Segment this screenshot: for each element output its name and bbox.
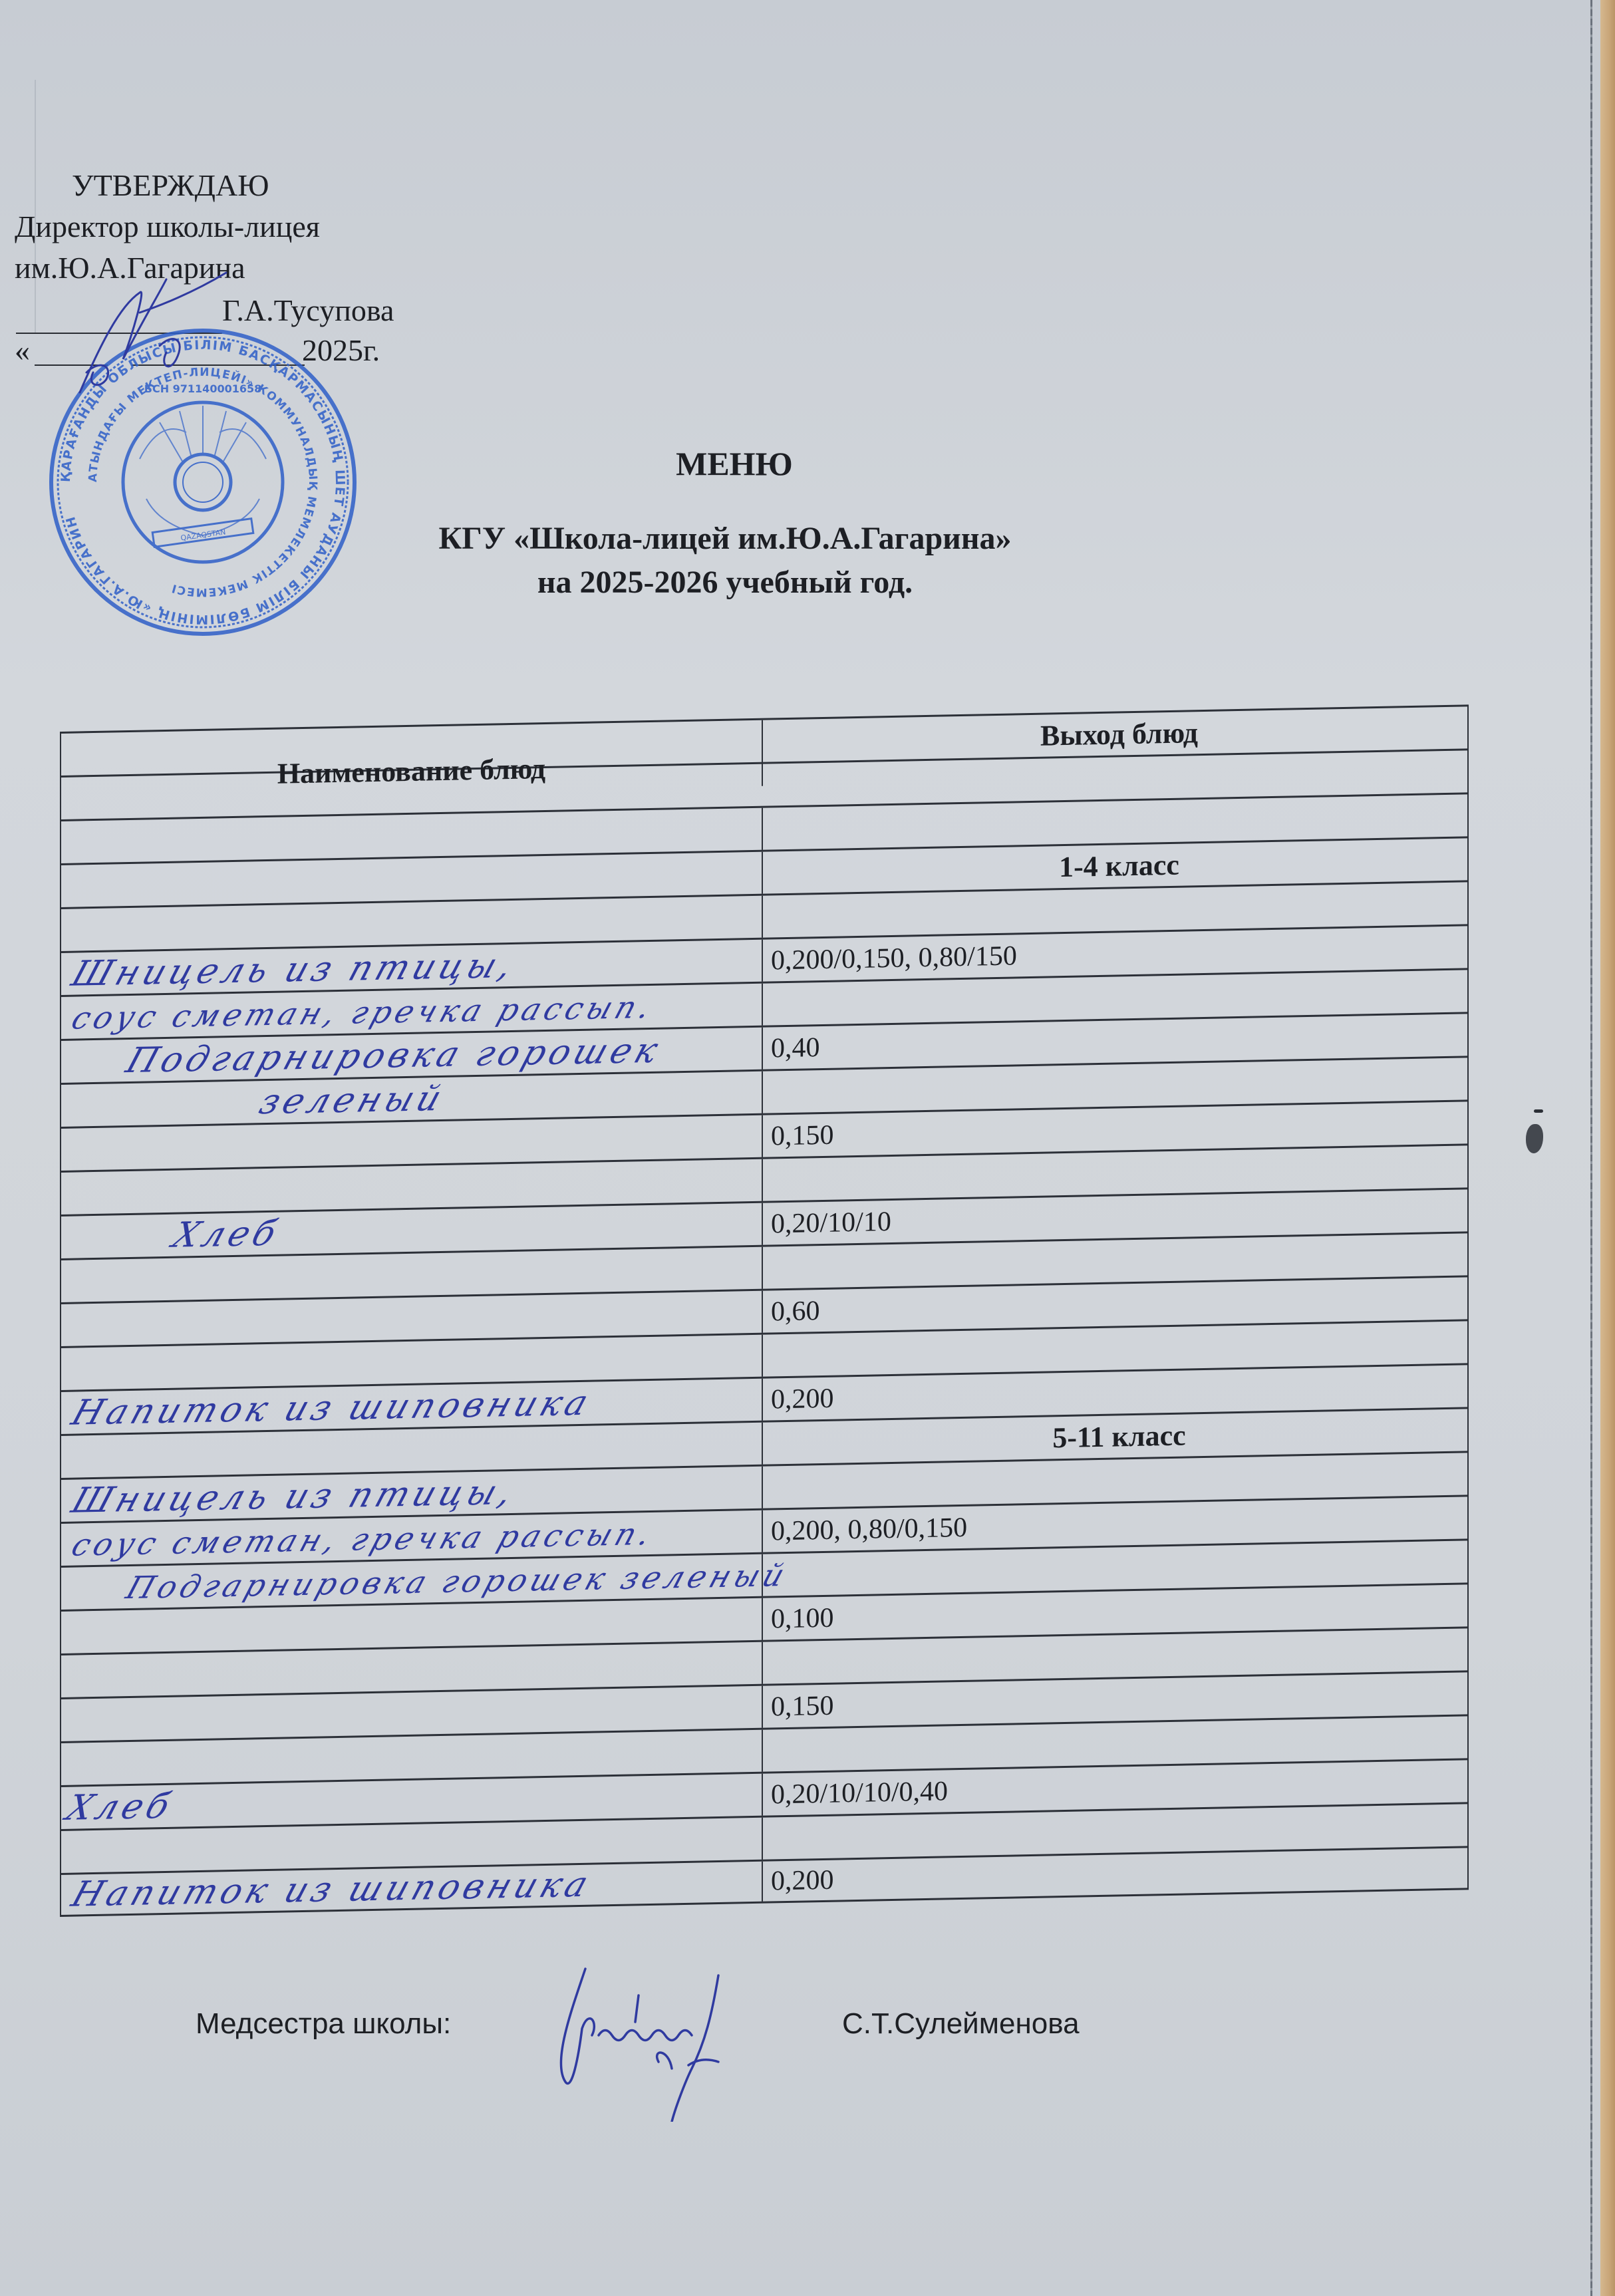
director-name: Г.А.Тусупова [222,291,394,330]
handwritten-dish-name: соус сметан, гречка рассып. [67,1515,659,1562]
nurse-signature-icon [525,1949,831,2122]
handwritten-dish-name: Шницель из птицы, [67,945,521,994]
nurse-label: Медсестра школы: [196,2007,451,2041]
handwritten-dish-name: Шницель из птицы, [67,1472,521,1520]
school-title: КГУ «Школа-лицей им.Ю.А.Гагарина» [359,520,1091,557]
page-edge-fold [1590,0,1592,2296]
nurse-name: С.Т.Сулейменова [842,2007,1080,2041]
svg-text:АТЫНДАҒЫ МЕКТЕП-ЛИЦЕЙІ» КОММУН: АТЫНДАҒЫ МЕКТЕП-ЛИЦЕЙІ» КОММУНАЛДЫҚ МЕМЛ… [86,366,319,599]
document-page: УТВЕРЖДАЮ Директор школы-лицея им.Ю.А.Га… [0,0,1615,2296]
approval-heading: УТВЕРЖДАЮ [72,166,269,205]
handwritten-dish-name: Хлеб [61,1786,178,1828]
date-open-quote: « [15,331,30,370]
desk-edge [1600,0,1615,2296]
handwritten-dish-name: зеленый [254,1078,450,1122]
handwritten-dish-name: Хлеб [168,1213,285,1255]
menu-title: МЕНЮ [668,444,801,483]
ink-smudge [1526,1124,1543,1153]
menu-table: Выход блюдНаименование блюд1-4 классШниц… [60,704,1469,1917]
stamp-inner-text: АТЫНДАҒЫ МЕКТЕП-ЛИЦЕЙІ» КОММУНАЛДЫҚ МЕМЛ… [86,366,319,599]
page-margin-crease [35,80,36,333]
approval-position-line1: Директор школы-лицея [15,208,320,246]
handwritten-dish-name: Напиток из шиповника [67,1864,597,1914]
academic-year-title: на 2025-2026 учебный год. [359,564,1091,601]
ink-smudge [1534,1109,1543,1113]
handwritten-dish-name: соус сметан, гречка рассып. [67,988,659,1036]
director-signature-icon [60,266,233,399]
